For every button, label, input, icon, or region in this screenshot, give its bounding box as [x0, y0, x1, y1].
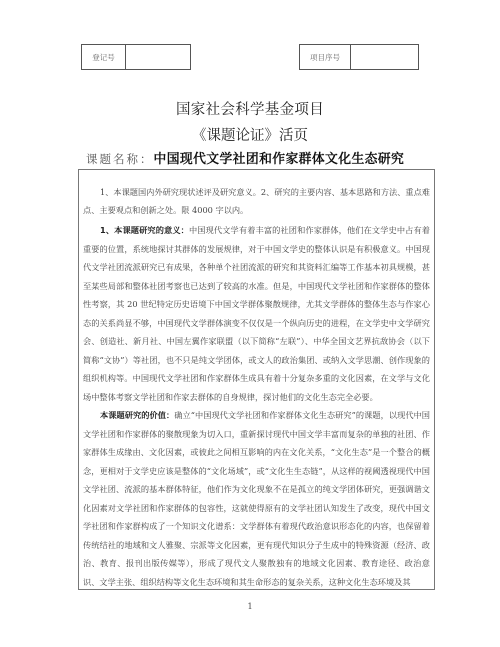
project-sequence-label: 项目序号	[300, 45, 351, 69]
subject-title: 中国现代文学社团和作家群体文化生态研究	[154, 152, 405, 167]
document-title: 国家社会科学基金项目	[0, 98, 500, 119]
project-sequence-field[interactable]	[351, 45, 418, 69]
argument-content-box: 1、本课题国内外研究现状述评及研究意义。2、研究的主要内容、基本思路和方法、重点…	[78, 169, 435, 590]
registration-number-field[interactable]	[126, 45, 190, 69]
registration-number-label: 登记号	[82, 45, 126, 69]
document-subtitle: 《课题论证》活页	[0, 124, 500, 145]
section-heading: 本课题研究的价值：	[100, 410, 174, 420]
page-number: 1	[0, 602, 500, 611]
registration-number-box: 登记号	[81, 44, 191, 70]
section-value: 本课题研究的价值：确立“中国现代文学社团和作家群体文化生态研究”的课题，以现代中…	[83, 406, 430, 590]
section-significance: 1、本课题研究的意义：中国现代文学有着丰富的社团和作家群体，他们在文学史中占有着…	[83, 221, 430, 406]
section-text: 中国现代文学有着丰富的社团和作家群体，他们在文学史中占有着重要的位置，系统地探讨…	[83, 225, 430, 402]
project-sequence-box: 项目序号	[299, 44, 419, 70]
section-heading: 1、本课题研究的意义：	[100, 225, 189, 235]
subject-line: 课题名称：中国现代文学社团和作家群体文化生态研究	[86, 148, 404, 167]
argument-body: 1、本课题研究的意义：中国现代文学有着丰富的社团和作家群体，他们在文学史中占有着…	[83, 221, 430, 590]
instructions-text: 1、本课题国内外研究现状述评及研究意义。2、研究的主要内容、基本思路和方法、重点…	[83, 184, 430, 219]
subject-label: 课题名称：	[86, 152, 154, 166]
section-text: 确立“中国现代文学社团和作家群体文化生态研究”的课题，以现代中国文学社团和作家群…	[83, 410, 430, 587]
